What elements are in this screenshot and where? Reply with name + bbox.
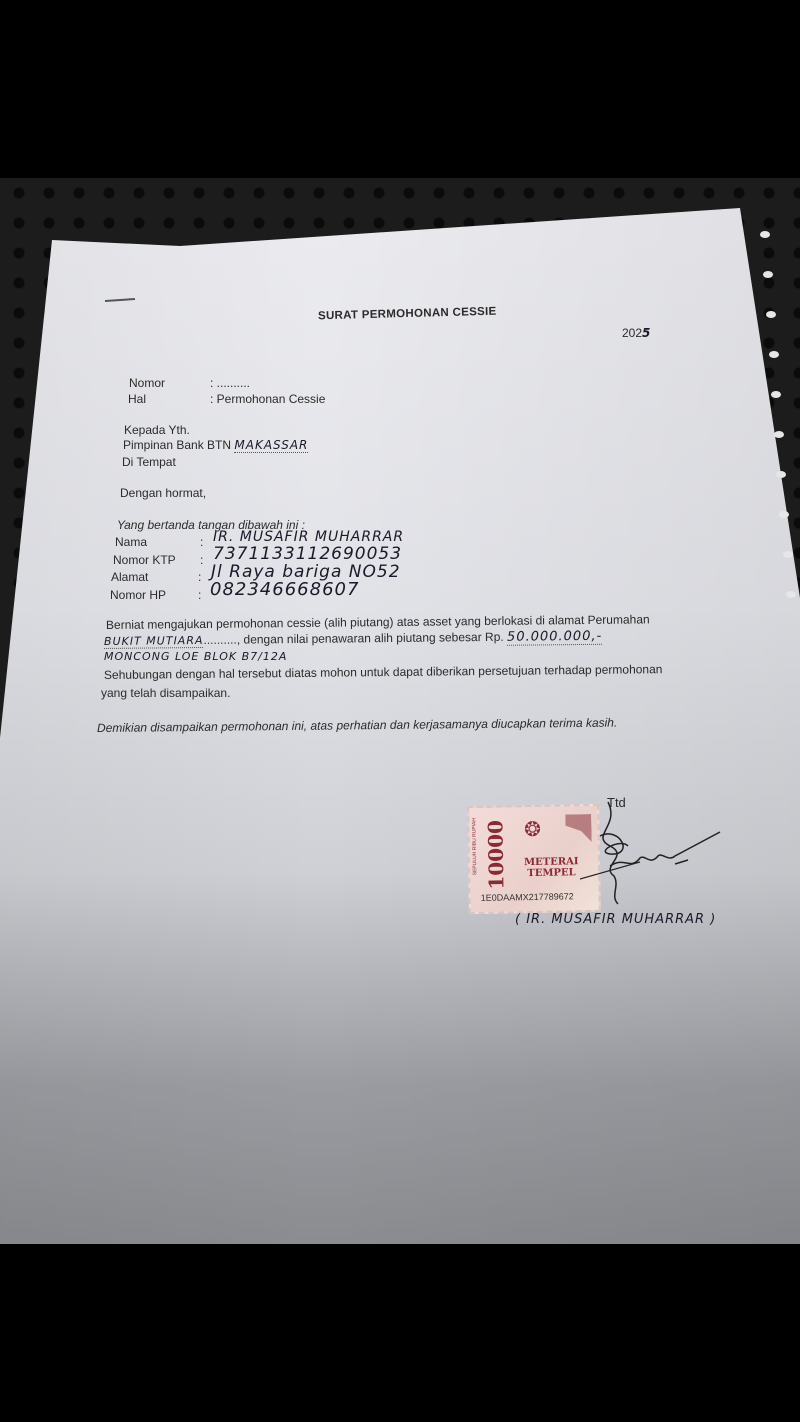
letter-year: 2025 [622,326,650,340]
recipient-line3: Di Tempat [122,455,176,469]
applicant-label-ktp: Nomor KTP [113,553,176,567]
recipient-line1: Kepada Yth. [124,423,190,437]
recipient-line2: Pimpinan Bank BTN MAKASSAR [123,438,308,452]
applicant-value-ktp: 7371133112690053 [213,544,402,564]
field-value-hal: : Permohonan Cessie [210,392,325,406]
stamp-serial: 1E0DAAMX217789672 [481,891,574,903]
applicant-label-phone: Nomor HP [110,588,166,602]
closing-text: Demikian disampaikan permohonan ini, ata… [97,716,617,735]
signature-scribble [580,796,740,906]
greeting: Dengan hormat, [120,486,206,500]
applicant-value-name: IR. MUSAFIR MUHARRAR [213,529,404,545]
location-line2-handwritten: MONCONG LOE BLOK B7/12A [104,650,287,663]
garuda-emblem-icon: ❂ [521,817,543,843]
applicant-label-address: Alamat [111,570,148,584]
location-handwritten: BUKIT MUTIARA [104,634,204,649]
amount-handwritten: 50.000.000,- [507,629,602,646]
field-label-hal: Hal [128,392,146,406]
applicant-value-phone: 082346668607 [210,579,359,600]
body-paragraph2-line1: Sehubungan dengan hal tersebut diatas mo… [104,662,663,682]
document-photo: SURAT PERMOHONAN CESSIE 2025 Nomor : ...… [0,178,800,1244]
letter-title: SURAT PERMOHONAN CESSIE [318,306,497,323]
field-label-nomor: Nomor [129,376,165,390]
signer-name-handwritten: ( IR. MUSAFIR MUHARRAR ) [515,912,716,927]
letter-content: SURAT PERMOHONAN CESSIE 2025 Nomor : ...… [0,178,800,1244]
applicant-label-name: Nama [115,535,147,549]
stamp-denomination: 10000 [483,819,514,890]
body-paragraph2-line2: yang telah disampaikan. [101,686,230,700]
body-paragraph1-line2: BUKIT MUTIARA.........., dengan nilai pe… [104,629,602,649]
field-value-nomor: : .......... [210,376,250,390]
recipient-branch-handwritten: MAKASSAR [234,438,308,453]
